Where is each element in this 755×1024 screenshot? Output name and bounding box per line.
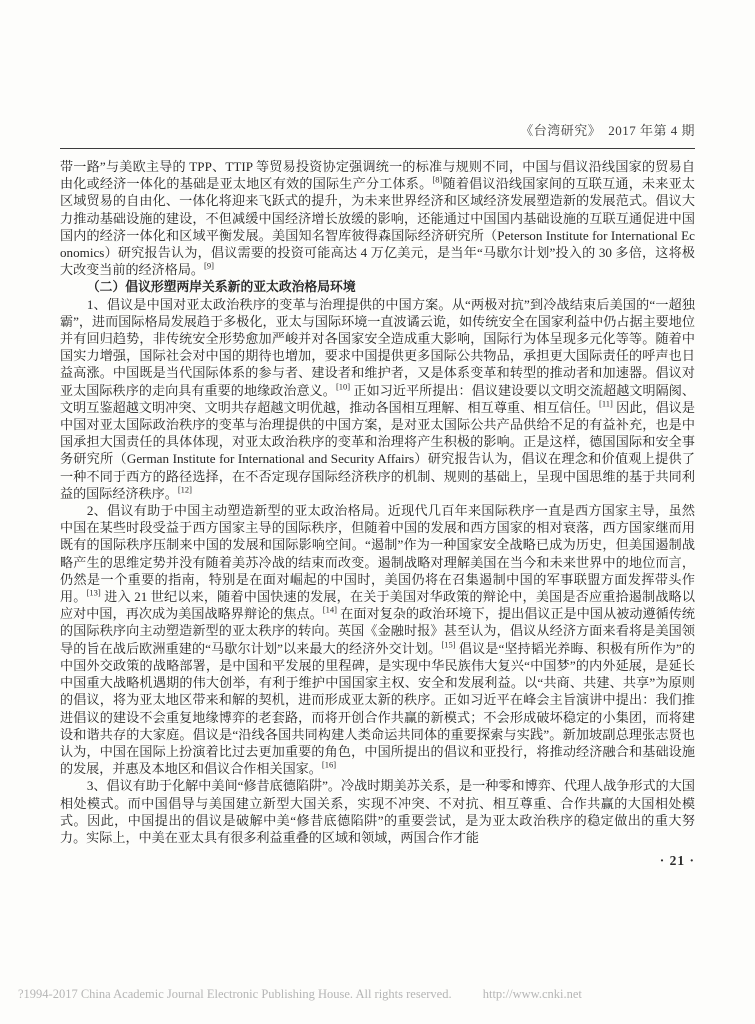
page-content: 《台湾研究》 2017 年第 4 期 带一路”与美欧主导的 TPP、TTIP 等… [60, 120, 695, 869]
journal-header: 《台湾研究》 2017 年第 4 期 [60, 120, 695, 139]
footnote-marker: [16] [322, 760, 336, 770]
section-heading: （二）倡议形塑两岸关系新的亚太政治格局环境 [60, 278, 695, 295]
footnote-marker: [13] [87, 588, 101, 598]
page-number: · 21 · [60, 853, 695, 869]
footnote-marker: [15] [441, 639, 455, 649]
footnote-marker: [12] [178, 485, 192, 495]
paragraph: 1、倡议是中国对亚太政治秩序的变革与治理提供的中国方案。从“两极对抗”到冷战结束… [60, 296, 695, 502]
footnote-marker: [14] [323, 605, 337, 615]
footnote-marker: [8] [432, 175, 442, 185]
footer-url: http://www.cnki.net [483, 987, 582, 1001]
footer: ?1994-2017 China Academic Journal Electr… [18, 987, 582, 1002]
paragraph-text: （二）倡议形塑两岸关系新的亚太政治格局环境 [87, 279, 356, 294]
paragraph: 2、倡议有助于中国主动塑造新型的亚太政治格局。近现代几百年来国际秩序一直是西方国… [60, 502, 695, 777]
paragraph-text: 3、倡议有助于化解中美间“修昔底德陷阱”。冷战时期美苏关系，是一种零和博弈、代理… [60, 778, 695, 845]
journal-page: 《台湾研究》 2017 年第 4 期 带一路”与美欧主导的 TPP、TTIP 等… [0, 0, 755, 1024]
footnote-marker: [11] [599, 398, 613, 408]
paragraph: 3、倡议有助于化解中美间“修昔底德陷阱”。冷战时期美苏关系，是一种零和博弈、代理… [60, 777, 695, 846]
footnote-marker: [10] [336, 381, 350, 391]
paragraph-text: 倡议是“坚持韬光养晦、积极有所作为”的中国外交政策的战略部署，是中国和平发展的里… [60, 641, 695, 776]
footer-copyright: ?1994-2017 China Academic Journal Electr… [18, 987, 452, 1001]
paragraph: 带一路”与美欧主导的 TPP、TTIP 等贸易投资协定强调统一的标准与规则不同，… [60, 158, 695, 278]
footnote-marker: [9] [204, 261, 214, 271]
paragraph-text: 随着倡议沿线国家间的互联互通，未来亚太区域贸易的自由化、一体化将迎来飞跃式的提升… [60, 176, 695, 277]
article-body: 带一路”与美欧主导的 TPP、TTIP 等贸易投资协定强调统一的标准与规则不同，… [60, 158, 695, 846]
header-rule [60, 148, 695, 149]
